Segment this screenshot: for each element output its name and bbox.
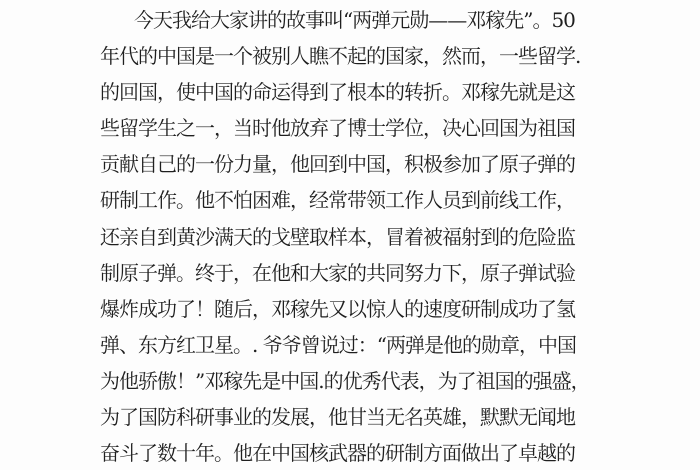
text-line: 制原子弹。终于，在他和大家的共同努力下，原子弹试验 [100,255,605,291]
text-line: 为了国防科研事业的发展，他甘当无名英雄，默默无闻地 [100,399,605,435]
text-line: 年代的中国是一个被别人瞧不起的国家，然而，一些留学. [100,38,605,74]
text-line: 弹、东方红卫星。. 爷爷曾说过：“两弹是他的勋章，中国 [100,327,605,363]
text-line: 爆炸成功了！随后，邓稼先又以惊人的速度研制成功了氢 [100,291,605,327]
document-body: 今天我给大家讲的故事叫“两弹元勋——邓稼先”。50 年代的中国是一个被别人瞧不起… [100,2,605,470]
text-line: 奋斗了数十年。他在中国核武器的研制方面做出了卓越的 [100,435,605,470]
text-line: 还亲自到黄沙满天的戈壁取样本，冒着被福射到的危险监 [100,219,605,255]
text-line: 些留学生之一，当时他放弃了博士学位，决心回国为祖国 [100,110,605,146]
text-line: 研制工作。他不怕困难，经常带领工作人员到前线工作， [100,182,605,218]
text-line: 为他骄傲！”邓稼先是中国.的优秀代表，为了祖国的强盛， [100,363,605,399]
text-line: 的回国，使中国的命运得到了根本的转折。邓稼先就是这 [100,74,605,110]
text-line: 贡献自己的一份力量，他回到中国，积极参加了原子弹的 [100,146,605,182]
text-line: 今天我给大家讲的故事叫“两弹元勋——邓稼先”。50 [100,2,605,38]
document-page: 今天我给大家讲的故事叫“两弹元勋——邓稼先”。50 年代的中国是一个被别人瞧不起… [0,0,700,470]
